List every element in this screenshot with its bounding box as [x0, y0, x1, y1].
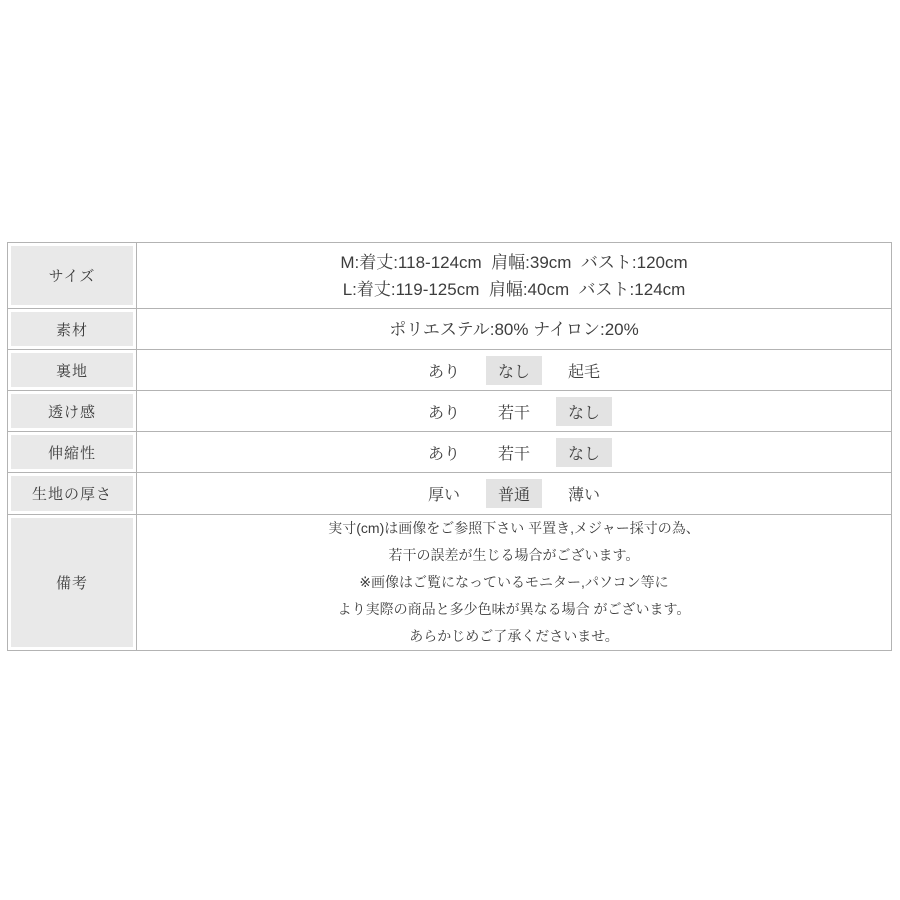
- material-label: 素材: [11, 312, 133, 346]
- option-chip: 若干: [486, 438, 542, 467]
- thickness-label: 生地の厚さ: [11, 476, 133, 511]
- stretch-label: 伸縮性: [11, 435, 133, 469]
- option-chip-selected: なし: [556, 438, 612, 467]
- option-chip: あり: [416, 356, 472, 385]
- stretch-label-cell: 伸縮性: [8, 432, 137, 472]
- option-chip-selected: なし: [486, 356, 542, 385]
- note-line: 実寸(cm)は画像をご参照下さい 平置き,メジャー採寸の為、: [328, 515, 699, 542]
- stretch-value-cell: あり 若干 なし: [137, 432, 891, 472]
- size-line-l: L:着丈:119-125cm 肩幅:40cm バスト:124cm: [343, 276, 686, 303]
- spec-row-sheerness: 透け感 あり 若干 なし: [8, 391, 891, 432]
- material-value: ポリエステル:80% ナイロン:20%: [389, 316, 639, 343]
- option-chip: 薄い: [556, 479, 612, 508]
- spec-row-stretch: 伸縮性 あり 若干 なし: [8, 432, 891, 473]
- spec-row-thickness: 生地の厚さ 厚い 普通 薄い: [8, 473, 891, 515]
- notes-label: 備考: [11, 518, 133, 647]
- lining-value-cell: あり なし 起毛: [137, 350, 891, 390]
- thickness-value-cell: 厚い 普通 薄い: [137, 473, 891, 514]
- stretch-options: あり 若干 なし: [416, 438, 612, 467]
- note-line: 若干の誤差が生じる場合がございます。: [389, 542, 640, 569]
- option-chip: あり: [416, 397, 472, 426]
- option-chip-selected: 普通: [486, 479, 542, 508]
- size-label: サイズ: [11, 246, 133, 305]
- spec-row-size: サイズ M:着丈:118-124cm 肩幅:39cm バスト:120cm L:着…: [8, 243, 891, 309]
- product-spec-table: サイズ M:着丈:118-124cm 肩幅:39cm バスト:120cm L:着…: [7, 242, 892, 651]
- sheerness-value-cell: あり 若干 なし: [137, 391, 891, 431]
- option-chip-selected: なし: [556, 397, 612, 426]
- lining-label: 裏地: [11, 353, 133, 387]
- lining-label-cell: 裏地: [8, 350, 137, 390]
- material-label-cell: 素材: [8, 309, 137, 349]
- note-line: より実際の商品と多少色味が異なる場合 がございます。: [338, 596, 691, 623]
- sheerness-options: あり 若干 なし: [416, 397, 612, 426]
- size-label-cell: サイズ: [8, 243, 137, 308]
- option-chip: 厚い: [416, 479, 472, 508]
- material-value-cell: ポリエステル:80% ナイロン:20%: [137, 309, 891, 349]
- spec-row-notes: 備考 実寸(cm)は画像をご参照下さい 平置き,メジャー採寸の為、 若干の誤差が…: [8, 515, 891, 650]
- option-chip: 若干: [486, 397, 542, 426]
- lining-options: あり なし 起毛: [416, 356, 612, 385]
- notes-label-cell: 備考: [8, 515, 137, 650]
- thickness-options: 厚い 普通 薄い: [416, 479, 612, 508]
- size-line-m: M:着丈:118-124cm 肩幅:39cm バスト:120cm: [340, 249, 687, 276]
- note-line: ※画像はご覧になっているモニター,パソコン等に: [359, 569, 668, 596]
- size-value-cell: M:着丈:118-124cm 肩幅:39cm バスト:120cm L:着丈:11…: [137, 243, 891, 308]
- note-line: あらかじめご了承くださいませ。: [409, 623, 619, 650]
- option-chip: 起毛: [556, 356, 612, 385]
- sheerness-label: 透け感: [11, 394, 133, 428]
- thickness-label-cell: 生地の厚さ: [8, 473, 137, 514]
- spec-row-material: 素材 ポリエステル:80% ナイロン:20%: [8, 309, 891, 350]
- spec-row-lining: 裏地 あり なし 起毛: [8, 350, 891, 391]
- sheerness-label-cell: 透け感: [8, 391, 137, 431]
- notes-value-cell: 実寸(cm)は画像をご参照下さい 平置き,メジャー採寸の為、 若干の誤差が生じる…: [137, 515, 891, 650]
- option-chip: あり: [416, 438, 472, 467]
